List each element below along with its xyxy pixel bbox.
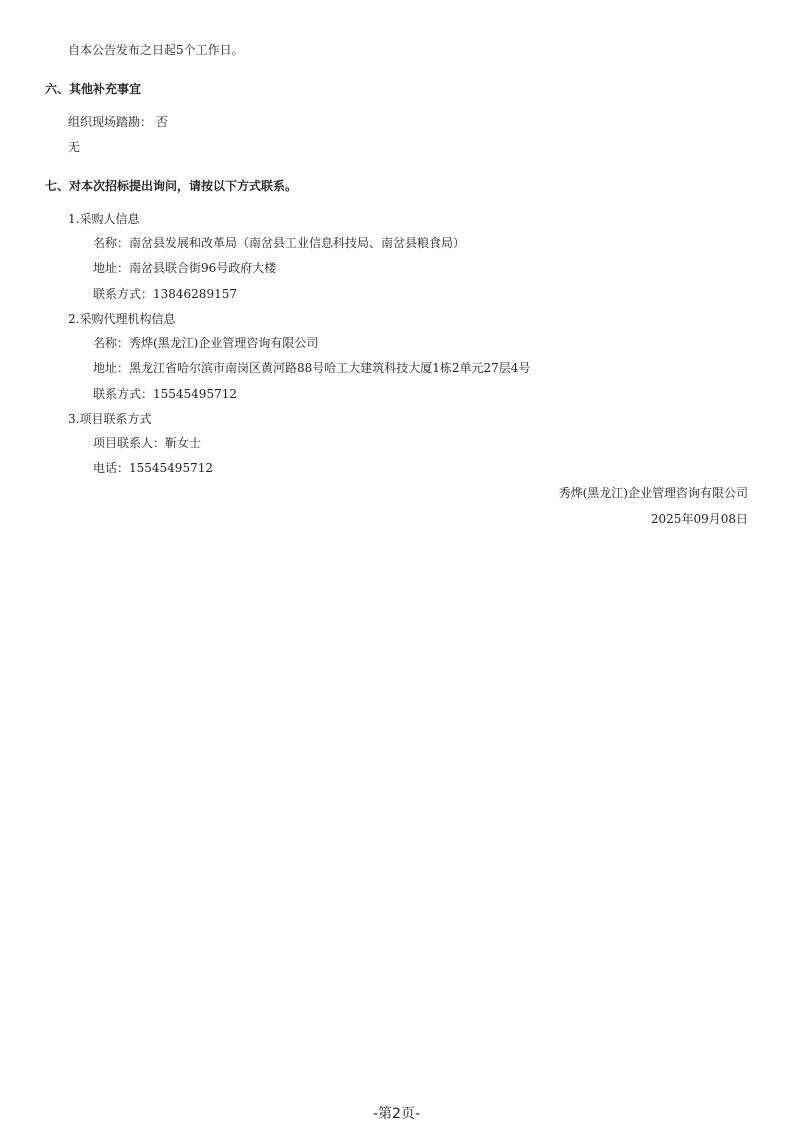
signature-company: 秀烨(黑龙江)企业管理咨询有限公司 — [559, 485, 748, 501]
agency-contact: 联系方式：15545495712 — [93, 386, 237, 402]
site-visit-text: 组织现场踏勘： 否 — [68, 114, 168, 130]
page-number: -第2页- — [0, 1103, 793, 1122]
signature-date: 2025年09月08日 — [651, 511, 748, 527]
purchaser-contact: 联系方式：13846289157 — [93, 286, 237, 302]
section5-tail-text: 自本公告发布之日起5个工作日。 — [68, 42, 244, 58]
purchaser-name: 名称：南岔县发展和改革局（南岔县工业信息科技局、南岔县粮食局） — [93, 235, 465, 251]
section6-heading: 六、其他补充事宜 — [45, 81, 141, 97]
project-person: 项目联系人：靳女士 — [93, 435, 201, 451]
section6-note: 无 — [68, 139, 80, 155]
project-title: 3.项目联系方式 — [68, 411, 151, 427]
agency-name: 名称：秀烨(黑龙江)企业管理咨询有限公司 — [93, 335, 318, 351]
section7-heading: 七、对本次招标提出询问，请按以下方式联系。 — [45, 178, 297, 194]
purchaser-title: 1.采购人信息 — [68, 211, 139, 227]
project-phone: 电话：15545495712 — [93, 460, 213, 476]
purchaser-address: 地址：南岔县联合街96号政府大楼 — [93, 260, 276, 276]
agency-title: 2.采购代理机构信息 — [68, 311, 175, 327]
agency-address: 地址：黑龙江省哈尔滨市南岗区黄河路88号哈工大建筑科技大厦1栋2单元27层4号 — [93, 360, 530, 376]
